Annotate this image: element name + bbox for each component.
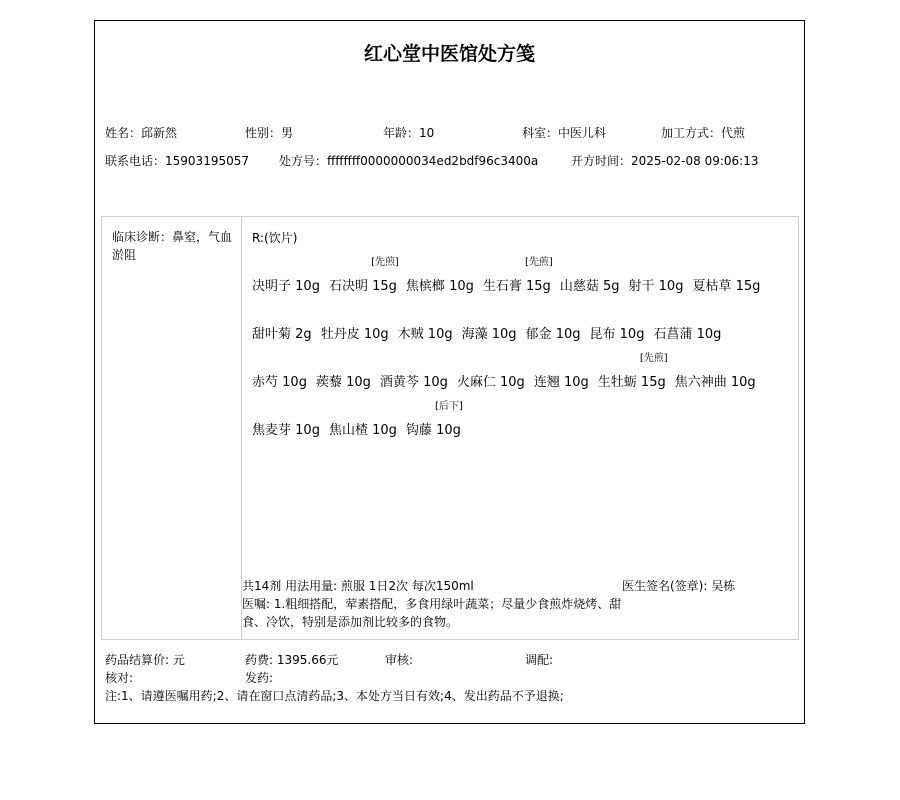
decoction-note: [后下] bbox=[435, 397, 463, 412]
herb-name: 生牡蛎 bbox=[598, 375, 637, 390]
herb-name: 焦六神曲 bbox=[675, 375, 727, 390]
patient-age: 年龄：10 bbox=[383, 124, 434, 141]
medical-advice: 医嘱: 1.粗细搭配，荤素搭配，多食用绿叶蔬菜；尽量少食煎炸烧烤、甜食、冷饮，特… bbox=[242, 595, 622, 631]
advice-label: 医嘱: bbox=[242, 597, 274, 611]
herb-item: 山慈菇 5g bbox=[560, 275, 620, 294]
herb-dose: 10g bbox=[423, 375, 448, 390]
herb-line: 焦麦芽 10g焦山楂 10g[后下]钩藤 10g bbox=[252, 419, 470, 459]
herb-item: 海藻 10g bbox=[462, 323, 517, 342]
process-value: 代煎 bbox=[721, 126, 745, 140]
herb-dose: 10g bbox=[372, 423, 397, 438]
phone-value: 15903195057 bbox=[165, 154, 249, 168]
herb-dose: 10g bbox=[556, 327, 581, 342]
dept-label: 科室： bbox=[522, 126, 558, 140]
herb-dose: 10g bbox=[731, 375, 756, 390]
herb-dose: 10g bbox=[500, 375, 525, 390]
herb-name: 夏枯草 bbox=[692, 279, 731, 294]
herb-dose: 15g bbox=[372, 279, 397, 294]
herb-item: [先煎]石决明 15g bbox=[329, 275, 397, 294]
herb-name: 蒺藜 bbox=[316, 375, 342, 390]
herb-line: 赤芍 10g蒺藜 10g酒黄芩 10g火麻仁 10g连翘 10g[先煎]生牡蛎 … bbox=[252, 371, 765, 411]
rx-number: 处方号：ffffffff0000000034ed2bdf96c3400a bbox=[279, 152, 538, 169]
rx-time-label: 开方时间： bbox=[571, 154, 631, 168]
herb-name: 木贼 bbox=[398, 327, 424, 342]
decoction-note: [先煎] bbox=[640, 349, 668, 364]
prescription-table: 临床诊断：鼻窒，气血淤阻 R:(饮片) 决明子 10g[先煎]石决明 15g焦槟… bbox=[101, 216, 799, 640]
herb-item: 射干 10g bbox=[629, 275, 684, 294]
herb-name: 钩藤 bbox=[406, 423, 432, 438]
patient-name: 姓名：邱新然 bbox=[105, 124, 177, 141]
herb-name: 赤芍 bbox=[252, 375, 278, 390]
process-label: 加工方式： bbox=[661, 126, 721, 140]
patient-gender: 性别：男 bbox=[245, 124, 293, 141]
dept-value: 中医儿科 bbox=[558, 126, 606, 140]
page-title: 红心堂中医馆处方笺 bbox=[95, 39, 804, 66]
name-value: 邱新然 bbox=[141, 126, 177, 140]
prescription-sheet: 红心堂中医馆处方笺 姓名：邱新然 性别：男 年龄：10 科室：中医儿科 加工方式… bbox=[94, 20, 805, 724]
herb-item: 石菖蒲 10g bbox=[653, 323, 721, 342]
herb-item: [先煎]生牡蛎 15g bbox=[598, 371, 666, 390]
diagnosis-cell: 临床诊断：鼻窒，气血淤阻 bbox=[102, 217, 242, 639]
herb-dose: 5g bbox=[603, 279, 620, 294]
herb-line: 决明子 10g[先煎]石决明 15g焦槟榔 10g[先煎]生石膏 15g山慈菇 … bbox=[252, 275, 769, 315]
review: 审核: bbox=[385, 651, 413, 668]
herb-item: 木贼 10g bbox=[398, 323, 453, 342]
herb-item: 火麻仁 10g bbox=[457, 371, 525, 390]
herb-item: 酒黄芩 10g bbox=[380, 371, 448, 390]
doctor-signature: 医生签名(签章): 吴栋 bbox=[622, 577, 735, 595]
herb-dose: 10g bbox=[449, 279, 474, 294]
prescription-cell: R:(饮片) 决明子 10g[先煎]石决明 15g焦槟榔 10g[先煎]生石膏 … bbox=[242, 217, 798, 639]
gender-value: 男 bbox=[281, 126, 293, 140]
drug-fee: 药费: 1395.66元 bbox=[245, 651, 338, 668]
issue-drug: 发药: bbox=[245, 669, 273, 686]
advice-text: 1.粗细搭配，荤素搭配，多食用绿叶蔬菜；尽量少食煎炸烧烤、甜食、冷饮，特别是添加… bbox=[242, 597, 621, 629]
herb-dose: 10g bbox=[346, 375, 371, 390]
herb-dose: 15g bbox=[526, 279, 551, 294]
herb-dose: 10g bbox=[295, 423, 320, 438]
herb-name: 昆布 bbox=[590, 327, 616, 342]
herb-name: 石菖蒲 bbox=[653, 327, 692, 342]
diagnosis: 临床诊断：鼻窒，气血淤阻 bbox=[112, 228, 236, 264]
herb-item: 焦山楂 10g bbox=[329, 419, 397, 438]
herb-item: 郁金 10g bbox=[526, 323, 581, 342]
footer-notes: 注:1、请遵医嘱用药;2、请在窗口点清药品;3、本处方当日有效;4、发出药品不予… bbox=[105, 687, 564, 704]
herb-name: 牡丹皮 bbox=[321, 327, 360, 342]
usage-dosage: 共14剂 用法用量: 煎服 1日2次 每次150ml bbox=[242, 577, 474, 595]
phone: 联系电话：15903195057 bbox=[105, 152, 249, 169]
herb-name: 焦槟榔 bbox=[406, 279, 445, 294]
herb-item: [先煎]生石膏 15g bbox=[483, 275, 551, 294]
herb-dose: 10g bbox=[436, 423, 461, 438]
herb-dose: 10g bbox=[282, 375, 307, 390]
herb-dose: 10g bbox=[428, 327, 453, 342]
herb-name: 石决明 bbox=[329, 279, 368, 294]
herb-name: 海藻 bbox=[462, 327, 488, 342]
herb-dose: 10g bbox=[295, 279, 320, 294]
herb-name: 连翘 bbox=[534, 375, 560, 390]
herb-name: 甜叶菊 bbox=[252, 327, 291, 342]
name-label: 姓名： bbox=[105, 126, 141, 140]
herb-name: 焦山楂 bbox=[329, 423, 368, 438]
herb-item: 昆布 10g bbox=[590, 323, 645, 342]
herb-dose: 10g bbox=[620, 327, 645, 342]
rx-time-value: 2025-02-08 09:06:13 bbox=[631, 154, 758, 168]
rx-header: R:(饮片) bbox=[252, 229, 297, 246]
herb-item: 甜叶菊 2g bbox=[252, 323, 312, 342]
herb-name: 焦麦芽 bbox=[252, 423, 291, 438]
herb-name: 火麻仁 bbox=[457, 375, 496, 390]
rx-no-label: 处方号： bbox=[279, 154, 327, 168]
decoction-note: [先煎] bbox=[525, 253, 553, 268]
herb-name: 郁金 bbox=[526, 327, 552, 342]
herb-item: 赤芍 10g bbox=[252, 371, 307, 390]
herb-name: 射干 bbox=[629, 279, 655, 294]
settle-price: 药品结算价: 元 bbox=[105, 651, 185, 668]
decoction-note: [先煎] bbox=[371, 253, 399, 268]
doctor-name: 吴栋 bbox=[711, 579, 735, 593]
herb-dose: 15g bbox=[736, 279, 761, 294]
herb-name: 酒黄芩 bbox=[380, 375, 419, 390]
check: 核对: bbox=[105, 669, 133, 686]
doctor-label: 医生签名(签章): bbox=[622, 579, 711, 593]
herb-name: 山慈菇 bbox=[560, 279, 599, 294]
herb-item: 连翘 10g bbox=[534, 371, 589, 390]
process-method: 加工方式：代煎 bbox=[661, 124, 745, 141]
age-value: 10 bbox=[419, 126, 434, 140]
herb-name: 生石膏 bbox=[483, 279, 522, 294]
herb-item: 焦槟榔 10g bbox=[406, 275, 474, 294]
herb-item: [后下]钩藤 10g bbox=[406, 419, 461, 438]
diagnosis-label: 临床诊断： bbox=[112, 230, 172, 244]
phone-label: 联系电话： bbox=[105, 154, 165, 168]
herb-item: 蒺藜 10g bbox=[316, 371, 371, 390]
age-label: 年龄： bbox=[383, 126, 419, 140]
herb-dose: 10g bbox=[492, 327, 517, 342]
department: 科室：中医儿科 bbox=[522, 124, 606, 141]
herb-dose: 2g bbox=[295, 327, 312, 342]
herb-dose: 10g bbox=[364, 327, 389, 342]
herb-item: 决明子 10g bbox=[252, 275, 320, 294]
dispense-mix: 调配: bbox=[525, 651, 553, 668]
herb-dose: 15g bbox=[641, 375, 666, 390]
herb-item: 牡丹皮 10g bbox=[321, 323, 389, 342]
herb-dose: 10g bbox=[697, 327, 722, 342]
herb-item: 夏枯草 15g bbox=[692, 275, 760, 294]
rx-time: 开方时间：2025-02-08 09:06:13 bbox=[571, 152, 758, 169]
herb-item: 焦六神曲 10g bbox=[675, 371, 756, 390]
gender-label: 性别： bbox=[245, 126, 281, 140]
herb-name: 决明子 bbox=[252, 279, 291, 294]
herb-item: 焦麦芽 10g bbox=[252, 419, 320, 438]
herb-dose: 10g bbox=[659, 279, 684, 294]
herb-dose: 10g bbox=[564, 375, 589, 390]
rx-no-value: ffffffff0000000034ed2bdf96c3400a bbox=[327, 154, 538, 168]
